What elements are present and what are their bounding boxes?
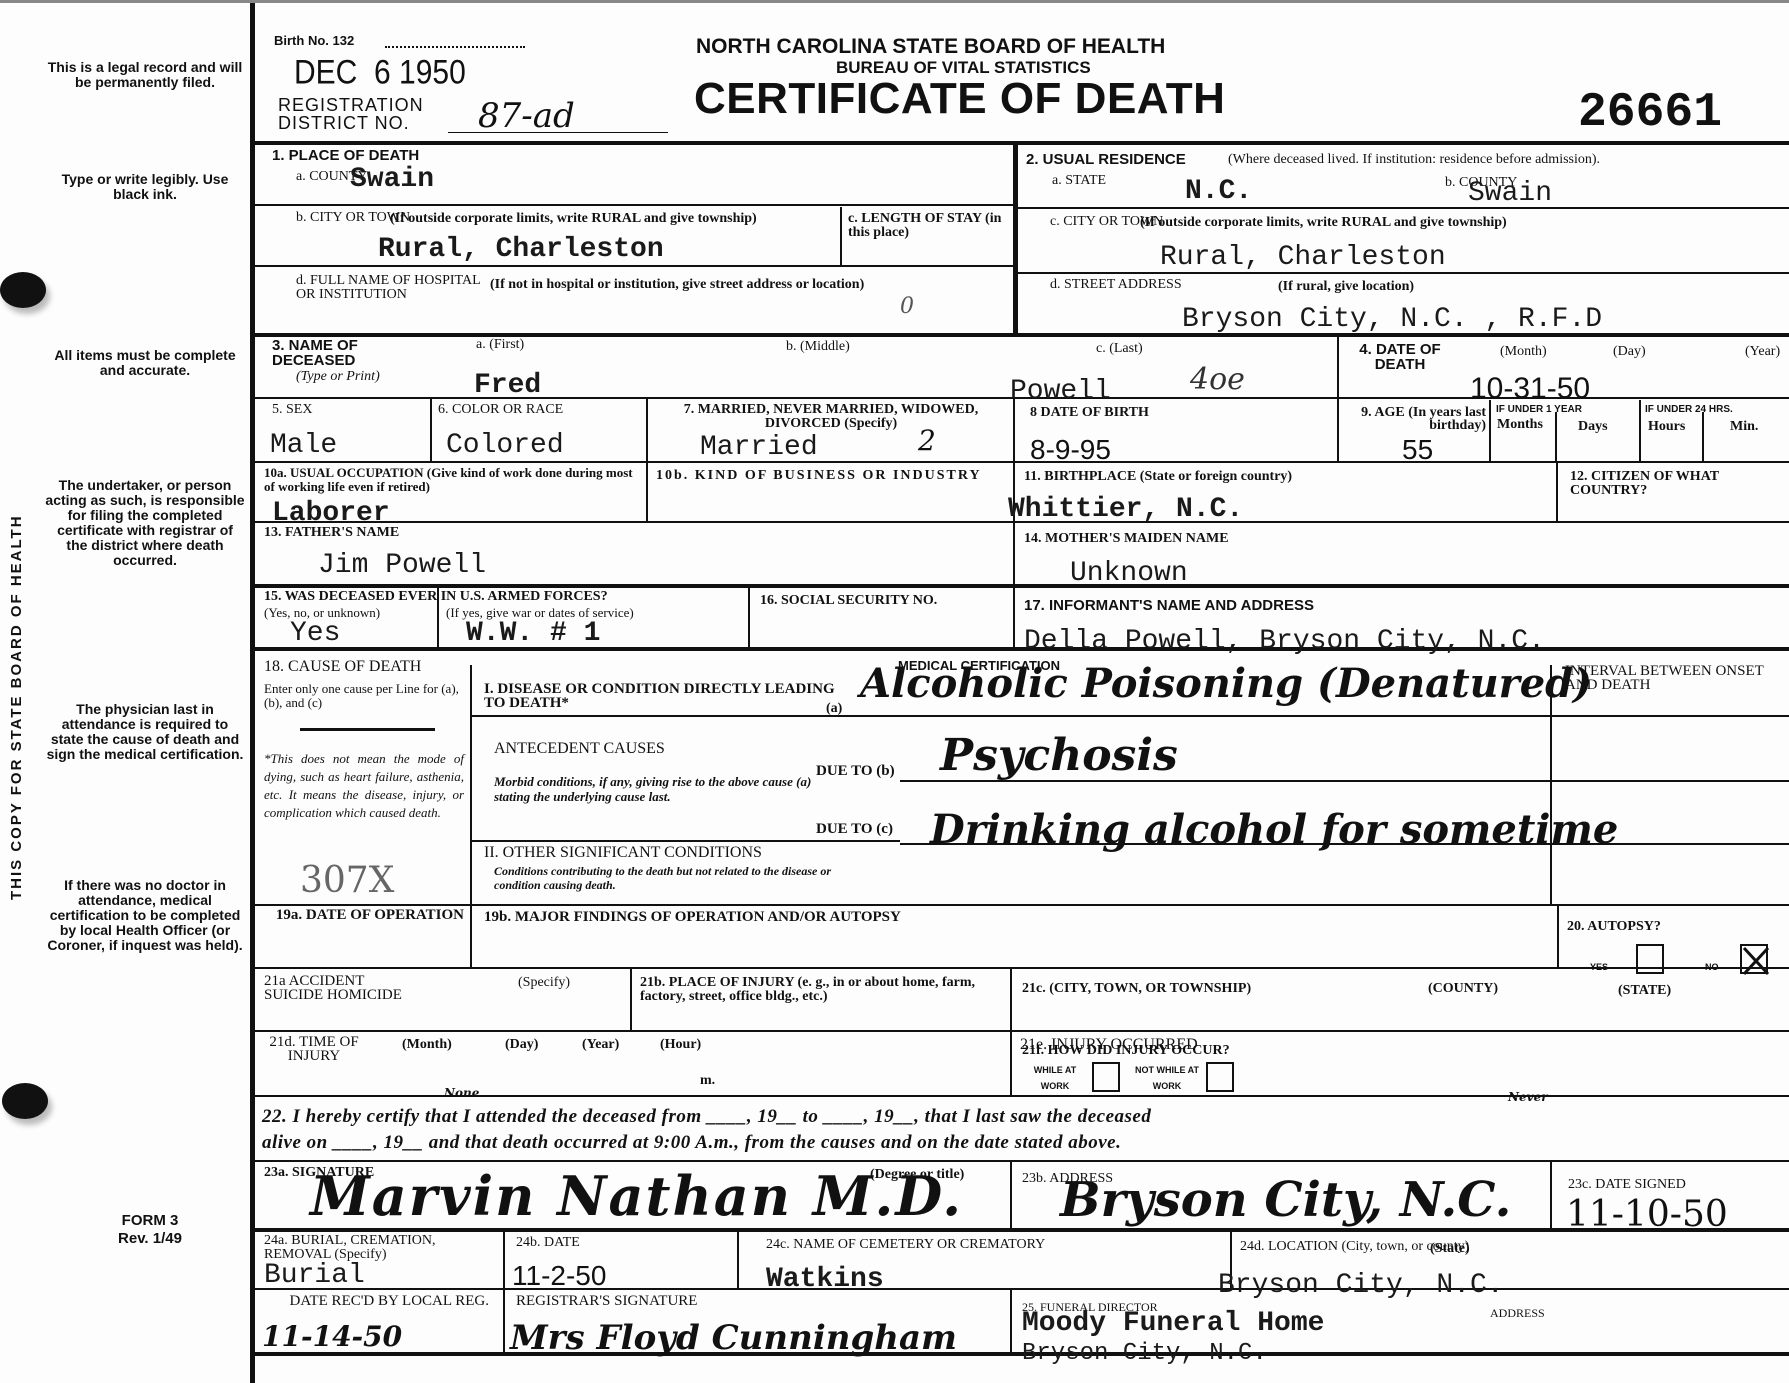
rule (253, 1030, 1789, 1032)
rule (1015, 207, 1789, 209)
father-name-label: 13. FATHER'S NAME (264, 526, 399, 540)
residence-county-field[interactable]: Swain (1468, 180, 1552, 208)
divider (840, 207, 842, 267)
rule (253, 204, 1015, 206)
armed-forces-field[interactable]: Yes (290, 620, 340, 648)
date-signed-field[interactable]: 11-10-50 (1566, 1194, 1728, 1235)
minutes-label: Min. (1730, 420, 1758, 434)
injury-state-label: (STATE) (1618, 984, 1671, 998)
last-name-field[interactable]: Powell (1010, 378, 1111, 406)
cause-a-marker: (a) (826, 702, 842, 716)
physician-note: The physician last in attendance is requ… (45, 702, 245, 762)
accident-type-label: 21a ACCIDENT SUICIDE HOMICIDE (264, 974, 404, 1002)
while-at-work-label: WHILE AT WORK (1020, 1062, 1090, 1094)
antecedent-causes-label: ANTECEDENT CAUSES (494, 742, 665, 756)
death-date-field[interactable]: 10-31-50 (1470, 372, 1590, 406)
autopsy-no-checkbox[interactable] (1740, 944, 1768, 974)
birthplace-field[interactable]: Whittier, N.C. (1008, 496, 1243, 524)
occupation-label: 10a. USUAL OCCUPATION (Give kind of work… (264, 466, 644, 494)
document-title: CERTIFICATE OF DEATH (694, 74, 1225, 124)
residence-state-label: a. STATE (1052, 174, 1106, 188)
armed-forces-label: 15. WAS DECEASED EVER IN U.S. ARMED FORC… (264, 590, 608, 604)
war-service-field[interactable]: W.W. # 1 (466, 620, 600, 648)
cemetery-field[interactable]: Watkins (766, 1266, 884, 1294)
divider (1489, 400, 1491, 461)
rule (253, 461, 1789, 463)
hospital-hint: (If not in hospital or institution, give… (490, 278, 1010, 292)
cause-footnote: *This does not mean the mode of dying, s… (264, 750, 464, 822)
divider (646, 461, 648, 521)
autopsy-no-label: NO (1705, 962, 1719, 972)
burial-date-label: 24b. DATE (516, 1236, 580, 1250)
deceased-name-label: 3. NAME OF DECEASED (272, 338, 412, 368)
death-county-field[interactable]: Swain (350, 166, 434, 194)
district-line (448, 132, 668, 133)
days-label: Days (1578, 420, 1608, 434)
degree-label: (Degree or title) (870, 1168, 964, 1182)
autopsy-label: 20. AUTOPSY? (1567, 920, 1661, 934)
agency-name: NORTH CAROLINA STATE BOARD OF HEALTH (696, 35, 1165, 59)
rule (253, 265, 1015, 267)
sex-label: 5. SEX (272, 403, 312, 417)
funeral-director-address-label: ADDRESS (1490, 1306, 1545, 1320)
cause-a-field[interactable]: Alcoholic Poisoning (Denatured) (860, 660, 1592, 707)
punch-hole (0, 272, 46, 308)
injury-place-label: 21b. PLACE OF INJURY (e. g., in or about… (640, 976, 1005, 1004)
divider (1010, 1160, 1012, 1228)
hospital-field[interactable]: 0 (900, 294, 914, 319)
age-label: 9. AGE (In years last birthday) (1348, 406, 1486, 432)
divider (1010, 1288, 1012, 1352)
operation-date-label: 19a. DATE OF OPERATION (264, 908, 464, 922)
rule (253, 584, 1789, 588)
divider (430, 397, 432, 461)
physician-signature[interactable]: Marvin Nathan M.D. (310, 1164, 963, 1228)
under-one-year-label: IF UNDER 1 YEAR (1496, 404, 1582, 415)
dob-label: 8 DATE OF BIRTH (1030, 406, 1149, 420)
informant-field[interactable]: Della Powell, Bryson City, N.C. (1024, 628, 1545, 656)
registrar-signature-label: REGISTRAR'S SIGNATURE (516, 1294, 697, 1308)
rule (253, 1095, 1789, 1097)
separator (300, 728, 435, 731)
birth-number: Birth No. 132 (274, 33, 354, 48)
interval-label: INTERVAL BETWEEN ONSET AND DEATH (1565, 664, 1785, 692)
cemetery-label: 24c. NAME OF CEMETERY OR CREMATORY (766, 1238, 1045, 1252)
certification-annotation-none: None (444, 1086, 479, 1100)
disposition-field[interactable]: Burial (264, 1262, 365, 1290)
marital-label: 7. MARRIED, NEVER MARRIED, WIDOWED, DIVO… (656, 403, 1006, 431)
not-while-at-work-label: NOT WHILE AT WORK (1130, 1062, 1204, 1094)
undertaker-note: The undertaker, or person acting as such… (45, 478, 245, 568)
legibility-note: Type or write legibly. Use black ink. (45, 172, 245, 202)
time-meridiem-label: m. (700, 1074, 715, 1088)
death-city-field[interactable]: Rural, Charleston (378, 236, 664, 264)
rule (470, 715, 1789, 717)
funeral-director-address-field[interactable]: Bryson City, N.C. (1022, 1340, 1267, 1368)
not-while-at-work-checkbox[interactable] (1206, 1062, 1234, 1092)
first-name-field[interactable]: Fred (474, 372, 541, 400)
street-hint: (If rural, give location) (1278, 280, 1414, 294)
while-at-work-checkbox[interactable] (1092, 1062, 1120, 1092)
race-field[interactable]: Colored (446, 432, 564, 460)
district-number: 87-ad (478, 96, 575, 136)
cause-code: 307X (300, 860, 394, 901)
rule (470, 840, 900, 842)
place-of-death-label: 1. PLACE OF DEATH (272, 148, 419, 163)
cause-b-field[interactable]: Psychosis (940, 730, 1178, 781)
rule (253, 1288, 1789, 1290)
rule (253, 1228, 1789, 1232)
street-address-field[interactable]: Bryson City, N.C. , R.F.D (1182, 306, 1602, 334)
marital-field[interactable]: Married (700, 434, 818, 462)
months-label: Months (1497, 418, 1543, 432)
how-injury-label: 21f. HOW DID INJURY OCCUR? (1022, 1044, 1230, 1058)
race-label: 6. COLOR OR RACE (438, 403, 563, 417)
findings-label: 19b. MAJOR FINDINGS OF OPERATION AND/OR … (484, 910, 901, 924)
date-signed-label: 23c. DATE SIGNED (1568, 1178, 1686, 1192)
physician-address-field[interactable]: Bryson City, N.C. (1060, 1172, 1511, 1228)
autopsy-yes-checkbox[interactable] (1636, 944, 1664, 974)
last-name-annotation: 4oe (1190, 362, 1245, 397)
first-name-label: a. (First) (476, 338, 524, 352)
month-label: (Month) (1500, 345, 1547, 359)
divider (470, 904, 472, 967)
middle-name-label: b. (Middle) (786, 340, 850, 354)
burial-date-field[interactable]: 11-2-50 (512, 1260, 606, 1292)
time-hour-label: (Hour) (660, 1038, 701, 1052)
time-month-label: (Month) (402, 1038, 452, 1052)
residence-state-field[interactable]: N.C. (1185, 178, 1252, 206)
rule (253, 141, 1789, 145)
divider (646, 397, 648, 461)
cause-of-death-label: 18. CAUSE OF DEATH (264, 660, 421, 674)
certification-line-1: 22. I hereby certify that I attended the… (262, 1106, 1151, 1128)
birthplace-label: 11. BIRTHPLACE (State or foreign country… (1024, 470, 1292, 484)
cause-of-death-hint: Enter only one cause per Line for (a), (… (264, 682, 464, 710)
day-label: (Day) (1613, 345, 1646, 359)
residence-hint: (Where deceased lived. If institution: r… (1228, 153, 1600, 167)
punch-hole (2, 1083, 48, 1119)
under-24-hours-label: IF UNDER 24 HRS. (1645, 404, 1733, 415)
divider (1702, 412, 1704, 461)
divider (470, 665, 472, 904)
top-edge (0, 0, 1789, 3)
length-of-stay-label: c. LENGTH OF STAY (in this place) (848, 212, 1008, 240)
divider (1010, 967, 1012, 1030)
residence-city-label: c. CITY OR TOWN (1050, 215, 1130, 229)
funeral-director-field[interactable]: Moody Funeral Home (1022, 1310, 1324, 1338)
received-stamp-date: DEC 6 1950 (294, 53, 466, 92)
other-conditions-hint: Conditions contributing to the death but… (494, 864, 874, 892)
divider (748, 584, 750, 647)
form-revision: Rev. 1/49 (100, 1230, 200, 1247)
legal-record-note: This is a legal record and will be perma… (45, 60, 245, 90)
residence-city-field[interactable]: Rural, Charleston (1160, 244, 1446, 272)
death-city-hint: (If outside corporate limits, write RURA… (390, 212, 820, 226)
residence-label: 2. USUAL RESIDENCE (1026, 152, 1186, 167)
citizenship-label: 12. CITIZEN OF WHAT COUNTRY? (1570, 470, 1785, 498)
vertical-copy-label: THIS COPY FOR STATE BOARD OF HEALTH (8, 514, 25, 900)
hospital-label: d. FULL NAME OF HOSPITAL OR INSTITUTION (296, 274, 486, 302)
divider (1639, 400, 1641, 461)
injury-county-label: (COUNTY) (1428, 982, 1498, 996)
mother-name-field[interactable]: Unknown (1070, 560, 1188, 588)
due-to-b-label: DUE TO (b) (816, 764, 895, 778)
certificate-number: 26661 (1578, 86, 1722, 140)
date-received-field[interactable]: 11-14-50 (262, 1320, 402, 1353)
mother-name-label: 14. MOTHER'S MAIDEN NAME (1024, 532, 1229, 546)
autopsy-yes-label: YES (1590, 962, 1608, 972)
last-name-label: c. (Last) (1096, 342, 1143, 356)
antecedent-causes-hint: Morbid conditions, if any, giving rise t… (494, 774, 814, 804)
injury-city-label: 21c. (CITY, TOWN, OR TOWNSHIP) (1022, 982, 1251, 996)
injury-time-label: 21d. TIME OF INJURY (264, 1035, 364, 1063)
cause-c-field[interactable]: Drinking alcohol for sometime (930, 806, 1618, 853)
form-left-border (250, 0, 255, 1383)
divider (1013, 141, 1018, 335)
certification-annotation-never: Never (1508, 1090, 1548, 1104)
divider (1010, 1030, 1012, 1095)
due-to-c-label: DUE TO (c) (816, 822, 893, 836)
burial-state-label: (State) (1430, 1242, 1470, 1256)
dob-field[interactable]: 8-9-95 (1030, 434, 1111, 466)
registrar-signature[interactable]: Mrs Floyd Cunningham (510, 1318, 957, 1358)
no-doctor-note: If there was no doctor in attendance, me… (45, 878, 245, 953)
divider (1556, 461, 1558, 521)
business-label: 10b. KIND OF BUSINESS OR INDUSTRY (656, 468, 1000, 483)
divider (1557, 904, 1559, 967)
sex-field[interactable]: Male (270, 432, 337, 460)
street-address-label: d. STREET ADDRESS (1050, 278, 1160, 292)
residence-city-hint: (If outside corporate limits, write RURA… (1140, 216, 1507, 230)
rule (253, 1160, 1789, 1162)
divider (1550, 1160, 1552, 1228)
ssn-label: 16. SOCIAL SECURITY NO. (760, 594, 937, 608)
time-year-label: (Year) (582, 1038, 619, 1052)
completeness-note: All items must be complete and accurate. (45, 348, 245, 378)
x-mark-icon (1742, 946, 1770, 976)
time-day-label: (Day) (505, 1038, 538, 1052)
divider (503, 1228, 505, 1352)
disposition-label: 24a. BURIAL, CREMATION, REMOVAL (Specify… (264, 1234, 500, 1262)
disease-condition-label: I. DISEASE OR CONDITION DIRECTLY LEADING… (484, 682, 844, 710)
deceased-name-hint: (Type or Print) (296, 370, 380, 384)
district-label: DISTRICT NO. (278, 113, 410, 134)
rule (253, 967, 1789, 969)
rule (253, 1352, 1789, 1356)
death-date-label: 4. DATE OF DEATH (1355, 342, 1445, 372)
date-received-label: DATE REC'D BY LOCAL REG. (264, 1294, 489, 1308)
specify-label: (Specify) (518, 976, 570, 990)
age-field[interactable]: 55 (1402, 434, 1433, 466)
divider (630, 967, 632, 1030)
year-label: (Year) (1745, 345, 1780, 359)
father-name-field[interactable]: Jim Powell (318, 552, 486, 580)
burial-location-field[interactable]: Bryson City, N.C. (1218, 1272, 1504, 1300)
occupation-field[interactable]: Laborer (272, 500, 390, 528)
divider (737, 1228, 739, 1288)
certification-line-2: alive on ____, 19__ and that death occur… (262, 1132, 1121, 1154)
other-conditions-label: II. OTHER SIGNIFICANT CONDITIONS (484, 846, 762, 860)
hours-label: Hours (1648, 420, 1685, 434)
divider (1555, 412, 1557, 461)
birth-number-line (385, 46, 525, 48)
divider (1337, 333, 1339, 461)
informant-label: 17. INFORMANT'S NAME AND ADDRESS (1024, 598, 1314, 613)
marital-code: 2 (918, 424, 936, 457)
form-number: FORM 3 (100, 1212, 200, 1229)
death-city-label: b. CITY OR TOWN (296, 211, 376, 225)
